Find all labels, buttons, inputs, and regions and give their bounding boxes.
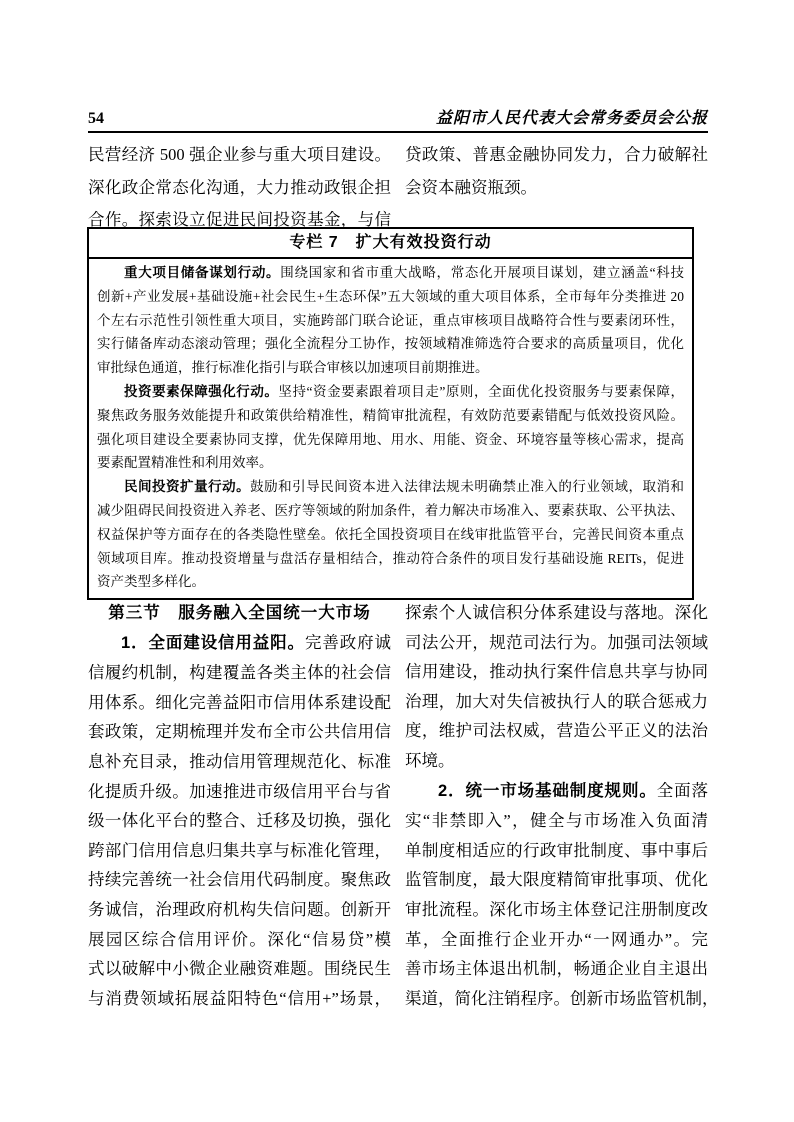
bottom-left-column: 第三节 服务融入全国统一大市场1．全面建设信用益阳。完善政府诚信履约机制，构建覆… [88,598,391,1013]
text-line: 深化政企常态化沟通，大力推动政银企担 [88,172,391,205]
section-heading: 第三节 服务融入全国统一大市场 [88,598,391,628]
text-line: 投资要素保障强化行动。坚持“资金要素跟着项目走”原则，全面优化投资服务与要素保障… [97,380,684,404]
bulletin-title: 益阳市人民代表大会常务委员会公报 [436,110,708,128]
text-run: 资产类型多样化。 [97,574,205,589]
text-run: 化提质升级。加速推进市级信用平台与省 [88,782,391,801]
text-line: 资产类型多样化。 [97,570,684,594]
text-run: 鼓励和引导民间资本进入法律法规未明确禁止准入的行业领域，取消和 [250,479,684,494]
feature-box-title: 专栏 7 扩大有效投资行动 [89,229,692,259]
text-run: 审批绿色通道，推行标准化指引与联合审核以加速项目前期推进。 [97,360,489,375]
text-run: 聚焦政务服务效能提升和政策供给精准性，精简审批流程，有效防范要素错配与低效投资风… [97,408,684,423]
text-line: 强化项目建设全要素协同支撑，优先保障用地、用水、用能、资金、环境容量等核心需求，… [97,428,684,452]
text-run: 信履约机制，构建覆盖各类主体的社会信 [88,663,391,682]
text-line: 治理，加大对失信被执行人的联合惩戒力 [405,687,708,717]
top-text-section: 民营经济 500 强企业参与重大项目建设。深化政企常态化沟通，大力推动政银企担合… [88,139,708,237]
text-run: 实行储备库动态滚动管理；强化全流程分工协作，按领域精准筛选符合要求的高质量项目，… [97,336,684,351]
run-in-heading: 2．统一市场基础制度规则。 [438,782,657,800]
text-run: 创新+产业发展+基础设施+社会民生+生态环保”五大领域的重大项目体系，全市每年分… [97,289,684,304]
text-line: 聚焦政务服务效能提升和政策供给精准性，精简审批流程，有效防范要素错配与低效投资风… [97,404,684,428]
document-page: 54 益阳市人民代表大会常务委员会公报 民营经济 500 强企业参与重大项目建设… [0,0,794,1122]
text-run: 级一体化平台的整合、迁移及切换，强化 [88,811,391,830]
text-run: 度，维护司法权威，营造公平正义的法治 [405,721,708,740]
text-run: 单制度相适应的行政审批制度、事中事后 [405,841,708,860]
text-line: 探索个人诚信积分体系建设与落地。深化 [405,598,708,628]
run-in-heading: 民间投资扩量行动。 [124,479,250,494]
text-run: 式以破解中小微企业融资难题。围绕民生 [88,959,391,978]
text-line: 审批绿色通道，推行标准化指引与联合审核以加速项目前期推进。 [97,356,684,380]
text-run: 善市场主体退出机制，畅通企业自主退出 [405,959,708,978]
run-in-heading: 重大项目储备谋划行动。 [124,265,280,280]
text-line: 个左右示范性引领性重大项目，实施跨部门联合论证，重点审核项目战略符合性与要素闭环… [97,309,684,333]
page-number: 54 [88,110,104,128]
text-run: 监管制度，最大限度精简审批事项、优化 [405,870,708,889]
text-line: 化提质升级。加速推进市级信用平台与省 [88,777,391,807]
text-line: 实“非禁即入”，健全与市场准入负面清 [405,806,708,836]
text-run: 围绕国家和省市重大战略，常态化开展项目谋划，建立涵盖“科技 [280,265,684,280]
text-run: 息补充目录，推动信用管理规范化、标准 [88,752,391,771]
text-line: 用体系。细化完善益阳市信用体系建设配 [88,688,391,718]
text-line: 司法公开，规范司法行为。加强司法领域 [405,628,708,658]
text-line: 民营经济 500 强企业参与重大项目建设。 [88,139,391,172]
text-run: 减少阻碍民间投资进入养老、医疗等领域的附加条件，着力解决市场准入、要素获取、公平… [97,503,684,518]
feature-box-body: 重大项目储备谋划行动。围绕国家和省市重大战略，常态化开展项目谋划，建立涵盖“科技… [89,259,692,598]
text-run: 环境。 [405,751,455,770]
text-line: 信履约机制，构建覆盖各类主体的社会信 [88,658,391,688]
text-run: 渠道，简化注销程序。创新市场监管机制， [405,989,719,1008]
text-run: 信用建设，推动执行案件信息共享与协同 [405,662,708,681]
text-run: 领域项目库。推动投资增量与盘活存量相结合，推动符合条件的项目发行基础设施 REI… [97,551,684,566]
text-line: 民间投资扩量行动。鼓励和引导民间资本进入法律法规未明确禁止准入的行业领域，取消和 [97,475,684,499]
text-line: 减少阻碍民间投资进入养老、医疗等领域的附加条件，着力解决市场准入、要素获取、公平… [97,499,684,523]
text-run: 审批流程。深化市场主体登记注册制度改 [405,900,708,919]
text-line: 展园区综合信用评价。深化“信易贷”模 [88,925,391,955]
run-in-heading: 1．全面建设信用益阳。 [121,634,305,652]
text-run: 与消费领域拓展益阳特色“信用+”场景， [88,989,391,1008]
text-run: 持续完善统一社会信用代码制度。聚焦政 [88,870,391,889]
text-run: 治理，加大对失信被执行人的联合惩戒力 [405,692,708,711]
text-line: 度，维护司法权威，营造公平正义的法治 [405,716,708,746]
feature-box: 专栏 7 扩大有效投资行动 重大项目储备谋划行动。围绕国家和省市重大战略，常态化… [87,227,694,600]
text-run: 个左右示范性引领性重大项目，实施跨部门联合论证，重点审核项目战略符合性与要素闭环… [97,313,684,328]
text-line: 贷政策、普惠金融协同发力，合力破解社 [405,139,708,172]
text-run: 司法公开，规范司法行为。加强司法领域 [405,633,708,652]
text-run: 贷政策、普惠金融协同发力，合力破解社 [405,145,708,164]
text-run: 坚持“资金要素跟着项目走”原则，全面优化投资服务与要素保障， [278,384,684,399]
text-run: 套政策，定期梳理并发布全市公共信用信 [88,722,391,741]
text-line: 套政策，定期梳理并发布全市公共信用信 [88,717,391,747]
text-run: 实“非禁即入”，健全与市场准入负面清 [405,811,708,830]
text-line: 与消费领域拓展益阳特色“信用+”场景， [88,984,391,1014]
text-run: 跨部门信用信息归集共享与标准化管理， [88,841,391,860]
top-left-column: 民营经济 500 强企业参与重大项目建设。深化政企常态化沟通，大力推动政银企担合… [88,139,391,237]
bottom-right-column: 探索个人诚信积分体系建设与落地。深化司法公开，规范司法行为。加强司法领域信用建设… [405,598,708,1013]
text-run: 要素配置精准性和利用效率。 [97,455,273,470]
text-run: 深化政企常态化沟通，大力推动政银企担 [88,178,391,197]
text-line: 审批流程。深化市场主体登记注册制度改 [405,895,708,925]
text-line: 创新+产业发展+基础设施+社会民生+生态环保”五大领域的重大项目体系，全市每年分… [97,285,684,309]
text-line: 渠道，简化注销程序。创新市场监管机制， [405,984,708,1014]
text-line: 权益保护等方面存在的各类隐性壁垒。依托全国投资项目在线审批监管平台，完善民间资本… [97,523,684,547]
text-run: 完善政府诚 [305,633,391,652]
text-run: 展园区综合信用评价。深化“信易贷”模 [88,930,391,949]
text-run: 民营经济 500 强企业参与重大项目建设。 [88,145,391,164]
page-header: 54 益阳市人民代表大会常务委员会公报 [88,110,708,133]
text-line: 善市场主体退出机制，畅通企业自主退出 [405,954,708,984]
text-run: 革，全面推行企业开办“一网通办”。完 [405,930,708,949]
text-line: 单制度相适应的行政审批制度、事中事后 [405,836,708,866]
text-run: 强化项目建设全要素协同支撑，优先保障用地、用水、用能、资金、环境容量等核心需求，… [97,432,684,447]
text-run: 用体系。细化完善益阳市信用体系建设配 [88,693,391,712]
text-line: 息补充目录，推动信用管理规范化、标准 [88,747,391,777]
text-line: 信用建设，推动执行案件信息共享与协同 [405,657,708,687]
text-run: 会资本融资瓶颈。 [405,178,537,197]
text-line: 监管制度，最大限度精简审批事项、优化 [405,865,708,895]
text-line: 领域项目库。推动投资增量与盘活存量相结合，推动符合条件的项目发行基础设施 REI… [97,547,684,571]
text-line: 2．统一市场基础制度规则。全面落 [405,776,708,807]
text-run: 全面落 [657,781,708,800]
text-line: 级一体化平台的整合、迁移及切换，强化 [88,806,391,836]
bottom-text-section: 第三节 服务融入全国统一大市场1．全面建设信用益阳。完善政府诚信履约机制，构建覆… [88,598,708,1013]
text-line: 1．全面建设信用益阳。完善政府诚 [88,628,391,659]
text-run: 权益保护等方面存在的各类隐性壁垒。依托全国投资项目在线审批监管平台，完善民间资本… [97,527,684,542]
top-right-column: 贷政策、普惠金融协同发力，合力破解社会资本融资瓶颈。 [405,139,708,237]
text-line: 环境。 [405,746,708,776]
text-line: 跨部门信用信息归集共享与标准化管理， [88,836,391,866]
text-run: 务诚信，治理政府机构失信问题。创新开 [88,900,391,919]
text-line: 式以破解中小微企业融资难题。围绕民生 [88,954,391,984]
text-line: 持续完善统一社会信用代码制度。聚焦政 [88,865,391,895]
text-run: 探索个人诚信积分体系建设与落地。深化 [405,603,708,622]
text-line: 务诚信，治理政府机构失信问题。创新开 [88,895,391,925]
text-line: 要素配置精准性和利用效率。 [97,451,684,475]
text-line: 实行储备库动态滚动管理；强化全流程分工协作，按领域精准筛选符合要求的高质量项目，… [97,332,684,356]
text-line: 革，全面推行企业开办“一网通办”。完 [405,925,708,955]
text-line: 会资本融资瓶颈。 [405,172,708,205]
run-in-heading: 投资要素保障强化行动。 [124,384,278,399]
text-line: 重大项目储备谋划行动。围绕国家和省市重大战略，常态化开展项目谋划，建立涵盖“科技 [97,261,684,285]
text-run: 第三节 服务融入全国统一大市场 [108,603,371,622]
